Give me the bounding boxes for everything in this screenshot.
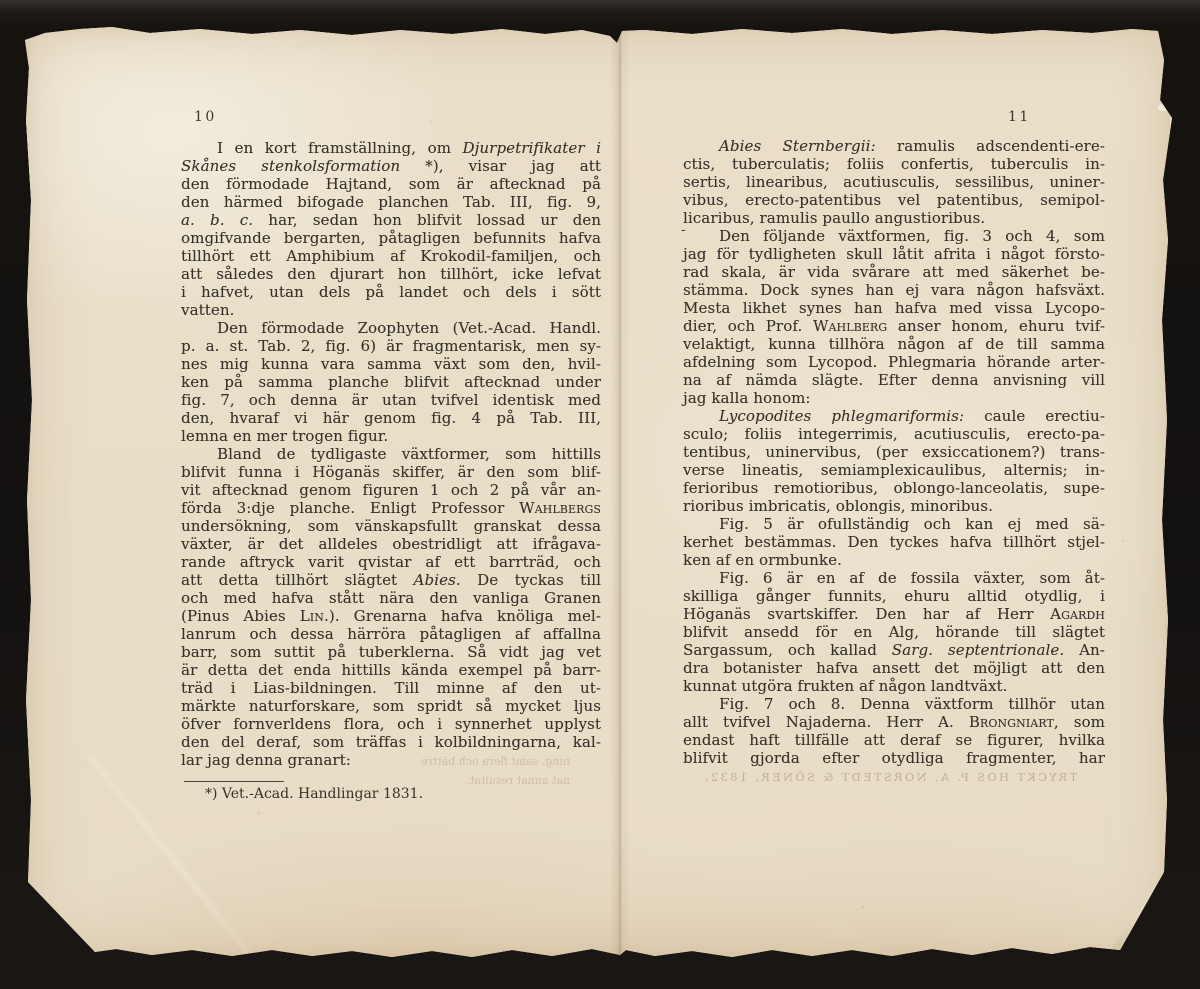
text-line: ferioribus remotioribus, oblongo-lanceol… bbox=[683, 479, 1105, 497]
text-line: stämma. Dock synes han ej vara någon haf… bbox=[683, 281, 1105, 299]
text-line: Fig. 7 och 8. Denna växtform tillhör uta… bbox=[683, 695, 1105, 713]
text-line: jag kalla honom: bbox=[683, 389, 1105, 407]
text-line: sculo; foliis integerrimis, acutiusculis… bbox=[683, 425, 1105, 443]
text-line: Den följande växtformen, fig. 3 och 4, s… bbox=[683, 227, 1105, 245]
photo-background: 10 I en kort framställning, om Djurpetri… bbox=[0, 0, 1200, 989]
text-line: verse lineatis, semiamplexicaulibus, alt… bbox=[683, 461, 1105, 479]
text-line: kunnat utgöra frukten af någon landtväxt… bbox=[683, 677, 1105, 695]
page-number-right: 11 bbox=[1008, 110, 1031, 124]
book-spread: 10 I en kort framställning, om Djurpetri… bbox=[0, 0, 1200, 989]
text-line: Höganäs svartskiffer. Den har af Herr Ag… bbox=[683, 605, 1105, 623]
text-line: na af nämda slägte. Efter denna anvisnin… bbox=[683, 371, 1105, 389]
text-line: sertis, linearibus, acutiusculis, sessil… bbox=[683, 173, 1105, 191]
text-line: ctis, tuberculatis; foliis confertis, tu… bbox=[683, 155, 1105, 173]
page-right: 11 - Abies Sternbergii: ramulis adscende… bbox=[0, 0, 1200, 989]
text-line: Fig. 5 är ofullständig och kan ej med sä… bbox=[683, 515, 1105, 533]
text-line: skilliga gånger funnits, ehuru alltid ot… bbox=[683, 587, 1105, 605]
text-line: Sargassum, och kallad Sarg. septentriona… bbox=[683, 641, 1105, 659]
text-line: licaribus, ramulis paullo angustioribus. bbox=[683, 209, 1105, 227]
text-line: jag för tydligheten skull låtit afrita i… bbox=[683, 245, 1105, 263]
text-line: Fig. 6 är en af de fossila växter, som å… bbox=[683, 569, 1105, 587]
text-line: rad skala, är vida svårare att med säker… bbox=[683, 263, 1105, 281]
right-text-block: Abies Sternbergii: ramulis adscendenti-e… bbox=[683, 137, 1105, 767]
text-line: ken af en ormbunke. bbox=[683, 551, 1105, 569]
text-line: Abies Sternbergii: ramulis adscendenti-e… bbox=[683, 137, 1105, 155]
text-line: dra botanister hafva ansett det möjligt … bbox=[683, 659, 1105, 677]
text-line: vibus, erecto-patentibus vel patentibus,… bbox=[683, 191, 1105, 209]
text-line: tentibus, uninervibus, (per exsiccatione… bbox=[683, 443, 1105, 461]
text-line: allt tvifvel Najaderna. Herr A. Brongnia… bbox=[683, 713, 1105, 731]
text-line: kerhet bestämmas. Den tyckes hafva tillh… bbox=[683, 533, 1105, 551]
text-line: Mesta likhet synes han hafva med vissa L… bbox=[683, 299, 1105, 317]
show-through-text-right: TRYCKT HOS P. A. NORSTEDT & SÖNER, 1832. bbox=[686, 770, 1094, 784]
foxing-specks bbox=[0, 0, 2, 2]
text-line: afdelning som Lycopod. Phlegmaria hörand… bbox=[683, 353, 1105, 371]
text-line: blifvit ansedd för en Alg, hörande till … bbox=[683, 623, 1105, 641]
text-line: dier, och Prof. Wahlberg anser honom, eh… bbox=[683, 317, 1105, 335]
text-line: endast haft tillfälle att deraf se figur… bbox=[683, 731, 1105, 749]
text-line: rioribus imbricatis, oblongis, minoribus… bbox=[683, 497, 1105, 515]
show-through-line: TRYCKT HOS P. A. NORSTEDT & SÖNER, 1832. bbox=[686, 770, 1094, 784]
text-line: blifvit gjorda efter otydliga fragmenter… bbox=[683, 749, 1105, 767]
text-line: Lycopodites phlegmariformis: caule erect… bbox=[683, 407, 1105, 425]
text-line: velaktigt, kunna tillhöra någon af de ti… bbox=[683, 335, 1105, 353]
